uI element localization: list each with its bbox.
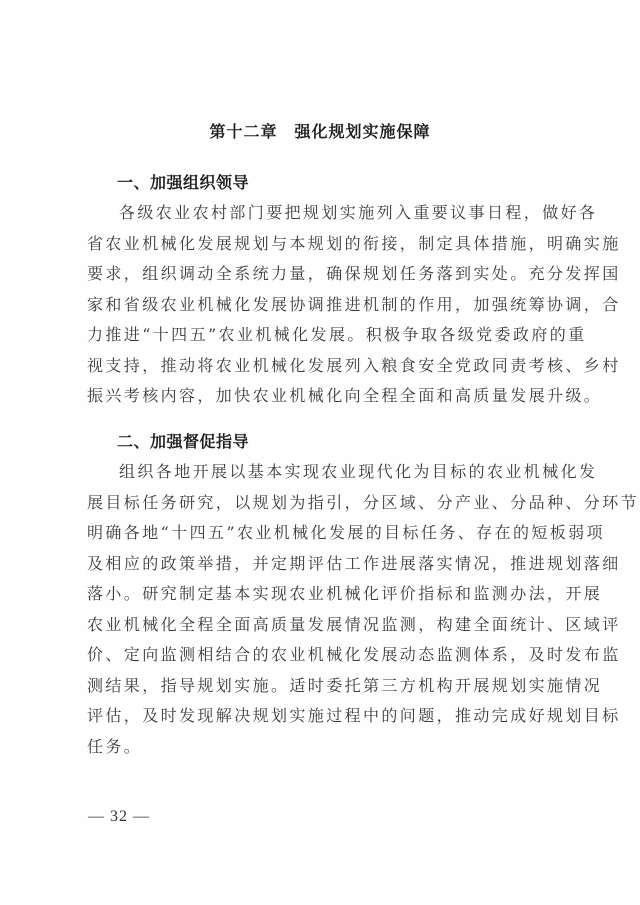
chapter-title: 第十二章 强化规划实施保障	[0, 119, 640, 142]
paragraph-line: 组织各地开展以基本实现农业现代化为目标的农业机械化发	[87, 457, 557, 488]
section-paragraph: 各级农业农村部门要把规划实施列入重要议事日程，做好各 省农业机械化发展规划与本规…	[87, 198, 557, 412]
paragraph-line: 各级农业农村部门要把规划实施列入重要议事日程，做好各	[87, 198, 557, 229]
paragraph-line: 振兴考核内容，加快农业机械化向全程全面和高质量发展升级。	[87, 381, 557, 412]
paragraph-line: 家和省级农业机械化发展协调推进机制的作用，加强统筹协调，合	[87, 290, 557, 321]
paragraph-line: 任务。	[87, 732, 557, 763]
paragraph-line: 力推进“十四五”农业机械化发展。积极争取各级党委政府的重	[87, 320, 557, 351]
paragraph-line: 评估，及时发现解决规划实施过程中的问题，推动完成好规划目标	[87, 701, 557, 732]
paragraph-line: 价、定向监测相结合的农业机械化发展动态监测体系，及时发布监	[87, 640, 557, 671]
paragraph-line: 视支持，推动将农业机械化发展列入粮食安全党政同责考核、乡村	[87, 351, 557, 382]
page-number: — 32 —	[88, 808, 150, 826]
paragraph-line: 测结果，指导规划实施。适时委托第三方机构开展规划实施情况	[87, 671, 557, 702]
paragraph-line: 明确各地“十四五”农业机械化发展的目标任务、存在的短板弱项	[87, 518, 557, 549]
paragraph-line: 展目标任务研究，以规划为指引，分区域、分产业、分品种、分环节	[87, 488, 557, 519]
document-page: 第十二章 强化规划实施保障 一、加强组织领导 各级农业农村部门要把规划实施列入重…	[0, 0, 640, 905]
paragraph-line: 及相应的政策举措，并定期评估工作进展落实情况，推进规划落细	[87, 549, 557, 580]
section-heading: 二、加强督促指导	[87, 427, 557, 457]
paragraph-line: 农业机械化全程全面高质量发展情况监测，构建全面统计、区域评	[87, 610, 557, 641]
paragraph-line: 要求，组织调动全系统力量，确保规划任务落到实处。充分发挥国	[87, 259, 557, 290]
paragraph-line: 落小。研究制定基本实现农业机械化评价指标和监测办法，开展	[87, 579, 557, 610]
section-organization-leadership: 一、加强组织领导 各级农业农村部门要把规划实施列入重要议事日程，做好各 省农业机…	[87, 168, 557, 412]
section-heading: 一、加强组织领导	[87, 168, 557, 198]
paragraph-line: 省农业机械化发展规划与本规划的衔接，制定具体措施，明确实施	[87, 229, 557, 260]
section-paragraph: 组织各地开展以基本实现农业现代化为目标的农业机械化发 展目标任务研究，以规划为指…	[87, 457, 557, 762]
section-supervision-guidance: 二、加强督促指导 组织各地开展以基本实现农业现代化为目标的农业机械化发 展目标任…	[87, 427, 557, 762]
